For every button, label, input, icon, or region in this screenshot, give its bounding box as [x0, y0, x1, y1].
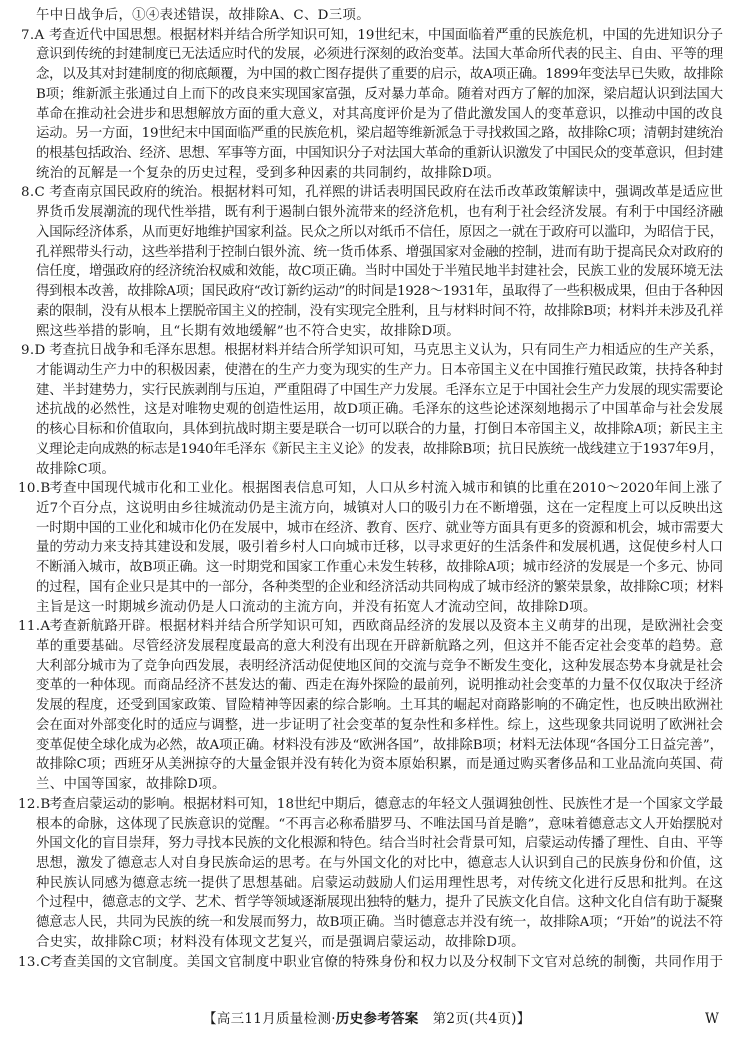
line-text: 会在面对外部变化时的适应与调整，进一步证明了社会变革的复杂性和多样性。综上，这些…: [36, 718, 723, 733]
line-text: 运动。另一方面，19世纪末中国面临严重的民族危机，梁启超等维新派急于寻找救国之路…: [36, 126, 723, 141]
line-text: 熙这些举措的影响，且“长期有效地缓解”也不符合史实，故排除D项。: [36, 324, 460, 339]
footer-doc-title: 历史参考答案: [336, 1011, 419, 1027]
line-text: 德意志人民，共同为民族的统一和发展而努力，故B项正确。当时德意志并没有统一，故排…: [36, 915, 723, 930]
answer-text-line: 界货币发展潮流的现代性举措，既有利于遏制白银外流带来的经济危机，也有利于社会经济…: [36, 203, 723, 223]
answer-text-line: 的过程，国有企业只是其中的一部分，各种类型的企业和经济活动共同构成了城市经济的繁…: [36, 578, 723, 598]
answer-text-line: 义理论走向成熟的标志是1940年毛泽东《新民主主义论》的发表，故排除B项；抗日民…: [36, 440, 723, 460]
line-text: 合史实，故排除C项；材料没有体现文艺复兴，而是强调启蒙运动，故排除D项。: [36, 935, 525, 950]
answer-text-line: 建、半封建势力，实行民族剥削与压迫，严重阻碍了中国生产力发展。毛泽东立足于中国社…: [36, 381, 723, 401]
answer-text-line: 故排除C项。: [36, 460, 111, 480]
answer-text-line: 根本的命脉，这体现了民族意识的觉醒。“不再言必称希腊罗马、不唯法国马首是瞻”，意…: [36, 815, 723, 835]
question-number: 12.B: [18, 795, 49, 815]
line-text: 考查美国的文官制度。美国文官制度中职业官僚的特殊身份和权力以及分权制下文官对总统…: [49, 955, 723, 970]
answer-text-line: 孔祥熙带头行动，这些举措利于控制白银外流、统一货币体系、增强国家对金融的控制，进…: [36, 243, 723, 263]
line-text: 述抗战的必然性，这是对唯物史观的创造性运用，故D项正确。毛泽东的这些论述深刻地揭…: [36, 402, 723, 417]
answer-text-line: 革命在推动社会进步和思想解放方面的重大意义，对其高度评价是为了借此激发国人的变革…: [36, 105, 723, 125]
line-text: 意识到传统的封建制度已无法适应时代的发展，必须进行深刻的政治变革。法国大革命所代…: [36, 47, 723, 62]
question-number: 7.A: [21, 26, 49, 46]
answer-text-line: 意识到传统的封建制度已无法适应时代的发展，必须进行深刻的政治变革。法国大革命所代…: [36, 45, 723, 65]
answer-text-line: 才能调动生产力中的积极因素，使潜在的生产力变为现实的生产力。日本帝国主义在中国推…: [36, 361, 723, 381]
question-number: 11.A: [18, 617, 49, 637]
answer-text-line: 不断涌入城市，故B项正确。这一时期党和国家工作重心未发生转移，故排除A项；城市经…: [36, 558, 723, 578]
line-text: 界货币发展潮流的现代性举措，既有利于遏制白银外流带来的经济危机，也有利于社会经济…: [36, 205, 723, 220]
answer-key-page: 午中日战争后，①④表述错误，故排除A、C、D三项。7.A考查近代中国思想。根据材…: [0, 0, 739, 1037]
footer-exam-name: 高三11月质量检测: [217, 1011, 331, 1027]
line-text: 一时期中国的工业化和城市化仍在发展中，城市在经济、教育、医疗、就业等方面具有更多…: [36, 521, 723, 536]
answer-text-line: 量的劳动力来支持其建设和发展，吸引着乡村人口向城市迁移，以寻求更好的生活条件和发…: [36, 538, 723, 558]
line-text: 得到根本改善，故排除A项；国民政府“改订新约运动”的时间是1928～1931年，…: [36, 284, 723, 299]
line-text: 信任度，增强政府的经济统治权威和效能，故C项正确。当时中国处于半殖民地半封建社会…: [36, 264, 723, 279]
line-text: 的过程，国有企业只是其中的一部分，各种类型的企业和经济活动共同构成了城市经济的繁…: [36, 580, 723, 595]
line-text: 量的劳动力来支持其建设和发展，吸引着乡村人口向城市迁移，以寻求更好的生活条件和发…: [36, 540, 723, 555]
line-text: 革命在推动社会进步和思想解放方面的重大意义，对其高度评价是为了借此激发国人的变革…: [36, 107, 723, 122]
line-text: 考查启蒙运动的影响。根据材料可知，18世纪中期后，德意志的年轻文人强调独创性、民…: [49, 797, 723, 812]
line-text: 孔祥熙带头行动，这些举措利于控制白银外流、统一货币体系、增强国家对金融的控制，进…: [36, 245, 723, 260]
answer-text-line: 的根基包括政治、经济、思想、军事等方面，中国知识分子对法国大革命的重新认识激发了…: [36, 144, 723, 164]
answer-text-line: 近7个百分点，这说明由乡往城流动仍是主流方向，城镇对人口的吸引力在不断增强，这在…: [36, 499, 723, 519]
answer-text-line: 合史实，故排除C项；材料没有体现文艺复兴，而是强调启蒙运动，故排除D项。: [36, 933, 486, 953]
line-text: 根本的命脉，这体现了民族意识的觉醒。“不再言必称希腊罗马、不唯法国马首是瞻”，意…: [36, 817, 723, 832]
line-text: 革的重要基础。尽管经济发展程度最高的意大利没有出现在开辟新航路之列，但这并不能否…: [36, 639, 723, 654]
answer-text-line: 主旨是这一时期城乡流动仍是人口流动的主流方向，并没有拓宽人才流动空间，故排除D项…: [36, 598, 546, 618]
answer-item-first-line: 7.A考查近代中国思想。根据材料并结合所学知识可知，19世纪末，中国面临着严重的…: [21, 26, 723, 46]
answer-text-line: 兰、中国等国家，故排除D项。: [36, 775, 201, 795]
line-text: 故排除C项。: [36, 462, 115, 477]
answer-text-line: 变革促使全球化成为必然，故A项正确。材料没有涉及“欧洲各国”，故排除B项；材料无…: [36, 736, 723, 756]
line-text: 思想，激发了德意志人对自身民族命运的思考。在与外国文化的对比中，德意志人认识到自…: [36, 856, 723, 871]
line-text: 变革的一种体现。而商品经济不甚发达的葡、西走在海外探险的最前列，说明推动社会变革…: [36, 678, 723, 693]
line-text: 近7个百分点，这说明由乡往城流动仍是主流方向，城镇对人口的吸引力在不断增强，这在…: [36, 501, 723, 516]
line-text: 入国际经济体系，从而更好地维护国家利益。民众之所以对纸币不信任，原因之一就在于政…: [36, 225, 723, 240]
line-text: 考查抗日战争和毛泽东思想。根据材料并结合所学知识可知，马克思主义认为，只有同生产…: [49, 343, 723, 358]
answer-text-line: 念，以及其对封建制度的彻底颠覆，为中国的救亡图存提供了重要的启示，故A项正确。1…: [36, 65, 723, 85]
line-text: 才能调动生产力中的积极因素，使潜在的生产力变为现实的生产力。日本帝国主义在中国推…: [36, 363, 723, 378]
answer-item-first-line: 11.A考查新航路开辟。根据材料并结合所学知识可知，西欧商品经济的发展以及资本主…: [18, 617, 723, 637]
answer-text-line: B项；维新派主张通过自上而下的改良来实现国家富强，反对暴力革命。随着对西方了解的…: [36, 85, 723, 105]
line-text: 大利部分城市为了竞争向西发展，表明经济活动促使地区间的交流与竞争不断发生变化，这…: [36, 659, 723, 674]
question-number: 9.D: [21, 341, 49, 361]
answer-text-line: 外国文化的盲目崇拜，努力寻找本民族的文化根源和特色。结合当时社会背景可知，启蒙运…: [36, 834, 723, 854]
answer-item-first-line: 10.B考查中国现代城市化和工业化。根据图表信息可知，人口从乡村流入城市和镇的比…: [18, 479, 723, 499]
answer-text-line: 发展的程度，还受到国家政策、冒险精神等因素的综合影响。土耳其的崛起对商路影响的不…: [36, 696, 723, 716]
line-text: 外国文化的盲目崇拜，努力寻找本民族的文化根源和特色。结合当时社会背景可知，启蒙运…: [36, 836, 723, 851]
line-text: 午中日战争后，①④表述错误，故排除A、C、D三项。: [36, 8, 370, 23]
answer-item-first-line: 9.D考查抗日战争和毛泽东思想。根据材料并结合所学知识可知，马克思主义认为，只有…: [21, 341, 723, 361]
answer-text-line: 德意志人民，共同为民族的统一和发展而努力，故B项正确。当时德意志并没有统一，故排…: [36, 913, 723, 933]
line-text: 主旨是这一时期城乡流动仍是人口流动的主流方向，并没有拓宽人才流动空间，故排除D项…: [36, 600, 597, 615]
line-text: 考查新航路开辟。根据材料并结合所学知识可知，西欧商品经济的发展以及资本主义萌芽的…: [49, 619, 723, 634]
answer-text-line: 一时期中国的工业化和城市化仍在发展中，城市在经济、教育、医疗、就业等方面具有更多…: [36, 519, 723, 539]
answer-text-line: 变革的一种体现。而商品经济不甚发达的葡、西走在海外探险的最前列，说明推动社会变革…: [36, 676, 723, 696]
answer-text-line: 故排除C项；西班牙从美洲掠夺的大量金银并没有转化为资本原始积累，而是通过购买奢侈…: [36, 755, 723, 775]
line-text: 统治的瓦解是一个复杂的历史过程，受到多种因素的共同制约，故排除D项。: [36, 166, 501, 181]
answer-text-line: 运动。另一方面，19世纪末中国面临严重的民族危机，梁启超等维新派急于寻找救国之路…: [36, 124, 723, 144]
footer-right-bracket: 】: [517, 1011, 531, 1027]
line-text: 的根基包括政治、经济、思想、军事等方面，中国知识分子对法国大革命的重新认识激发了…: [36, 146, 723, 161]
line-text: 的核心目标和价值取向，具体到抗战时期主要是联合一切可以联合的力量，打倒日本帝国主…: [36, 422, 723, 437]
answer-text-line: 会在面对外部变化时的适应与调整，进一步证明了社会变革的复杂性和多样性。综上，这些…: [36, 716, 723, 736]
answer-text-line: 入国际经济体系，从而更好地维护国家利益。民众之所以对纸币不信任，原因之一就在于政…: [36, 223, 723, 243]
answer-text-line: 个过程中，德意志的文学、艺术、哲学等领域逐渐展现出独特的魅力，提升了民族文化自信…: [36, 893, 723, 913]
answer-text-line: 得到根本改善，故排除A项；国民政府“改订新约运动”的时间是1928～1931年，…: [36, 282, 723, 302]
answer-text-line: 的核心目标和价值取向，具体到抗战时期主要是联合一切可以联合的力量，打倒日本帝国主…: [36, 420, 723, 440]
line-text: 种民族认同感为德意志统一提供了思想基础。启蒙运动鼓励人们运用理性思考，对传统文化…: [36, 876, 723, 891]
line-text: 素的限制，没有从根本上摆脱帝国主义的控制，没有实现完全胜利，且与材料时间不符，故…: [36, 304, 723, 319]
answer-text-line: 革的重要基础。尽管经济发展程度最高的意大利没有出现在开辟新航路之列，但这并不能否…: [36, 637, 723, 657]
answer-text-line: 思想，激发了德意志人对自身民族命运的思考。在与外国文化的对比中，德意志人认识到自…: [36, 854, 723, 874]
line-text: 兰、中国等国家，故排除D项。: [36, 777, 226, 792]
line-text: 念，以及其对封建制度的彻底颠覆，为中国的救亡图存提供了重要的启示，故A项正确。1…: [36, 67, 723, 82]
line-text: B项；维新派主张通过自上而下的改良来实现国家富强，反对暴力革命。随着对西方了解的…: [36, 87, 723, 102]
line-text: 个过程中，德意志的文学、艺术、哲学等领域逐渐展现出独特的魅力，提升了民族文化自信…: [36, 895, 723, 910]
answer-item-first-line: 13.C考查美国的文官制度。美国文官制度中职业官僚的特殊身份和权力以及分权制下文…: [18, 953, 723, 973]
answer-text-line: 午中日战争后，①④表述错误，故排除A、C、D三项。: [36, 6, 326, 26]
answer-text-line: 素的限制，没有从根本上摆脱帝国主义的控制，没有实现完全胜利，且与材料时间不符，故…: [36, 302, 723, 322]
question-number: 13.C: [18, 953, 49, 973]
question-number: 10.B: [18, 479, 49, 499]
question-number: 8.C: [21, 183, 49, 203]
line-text: 考查南京国民政府的统治。根据材料可知，孔祥熙的讲话表明国民政府在法币改革政策解读…: [49, 185, 723, 200]
page-footer: 【高三11月质量检测·历史参考答案第2页(共4页)】: [203, 1010, 531, 1028]
line-text: 变革促使全球化成为必然，故A项正确。材料没有涉及“欧洲各国”，故排除B项；材料无…: [36, 738, 723, 753]
answer-text-line: 信任度，增强政府的经济统治权威和效能，故C项正确。当时中国处于半殖民地半封建社会…: [36, 262, 723, 282]
footer-left-bracket: 【: [203, 1011, 217, 1027]
answer-text-line: 大利部分城市为了竞争向西发展，表明经济活动促使地区间的交流与竞争不断发生变化，这…: [36, 657, 723, 677]
answer-item-first-line: 8.C考查南京国民政府的统治。根据材料可知，孔祥熙的讲话表明国民政府在法币改革政…: [21, 183, 723, 203]
answer-text-line: 熙这些举措的影响，且“长期有效地缓解”也不符合史实，故排除D项。: [36, 322, 426, 342]
answer-text-line: 述抗战的必然性，这是对唯物史观的创造性运用，故D项正确。毛泽东的这些论述深刻地揭…: [36, 400, 723, 420]
line-text: 故排除C项；西班牙从美洲掠夺的大量金银并没有转化为资本原始积累，而是通过购买奢侈…: [36, 757, 723, 772]
line-text: 考查近代中国思想。根据材料并结合所学知识可知，19世纪末，中国面临着严重的民族危…: [49, 28, 723, 43]
answer-item-first-line: 12.B考查启蒙运动的影响。根据材料可知，18世纪中期后，德意志的年轻文人强调独…: [18, 795, 723, 815]
answer-text-line: 种民族认同感为德意志统一提供了思想基础。启蒙运动鼓励人们运用理性思考，对传统文化…: [36, 874, 723, 894]
answer-text-line: 统治的瓦解是一个复杂的历史过程，受到多种因素的共同制约，故排除D项。: [36, 164, 456, 184]
line-text: 建、半封建势力，实行民族剥削与压迫，严重阻碍了中国生产力发展。毛泽东立足于中国社…: [36, 383, 723, 398]
line-text: 发展的程度，还受到国家政策、冒险精神等因素的综合影响。土耳其的崛起对商路影响的不…: [36, 698, 723, 713]
line-text: 考查中国现代城市化和工业化。根据图表信息可知，人口从乡村流入城市和镇的比重在20…: [49, 481, 723, 496]
footer-page-info: 第2页(共4页): [433, 1011, 517, 1027]
footer-version-code: W: [705, 1010, 719, 1028]
line-text: 义理论走向成熟的标志是1940年毛泽东《新民主主义论》的发表，故排除B项；抗日民…: [36, 442, 723, 457]
line-text: 不断涌入城市，故B项正确。这一时期党和国家工作重心未发生转移，故排除A项；城市经…: [36, 560, 723, 575]
